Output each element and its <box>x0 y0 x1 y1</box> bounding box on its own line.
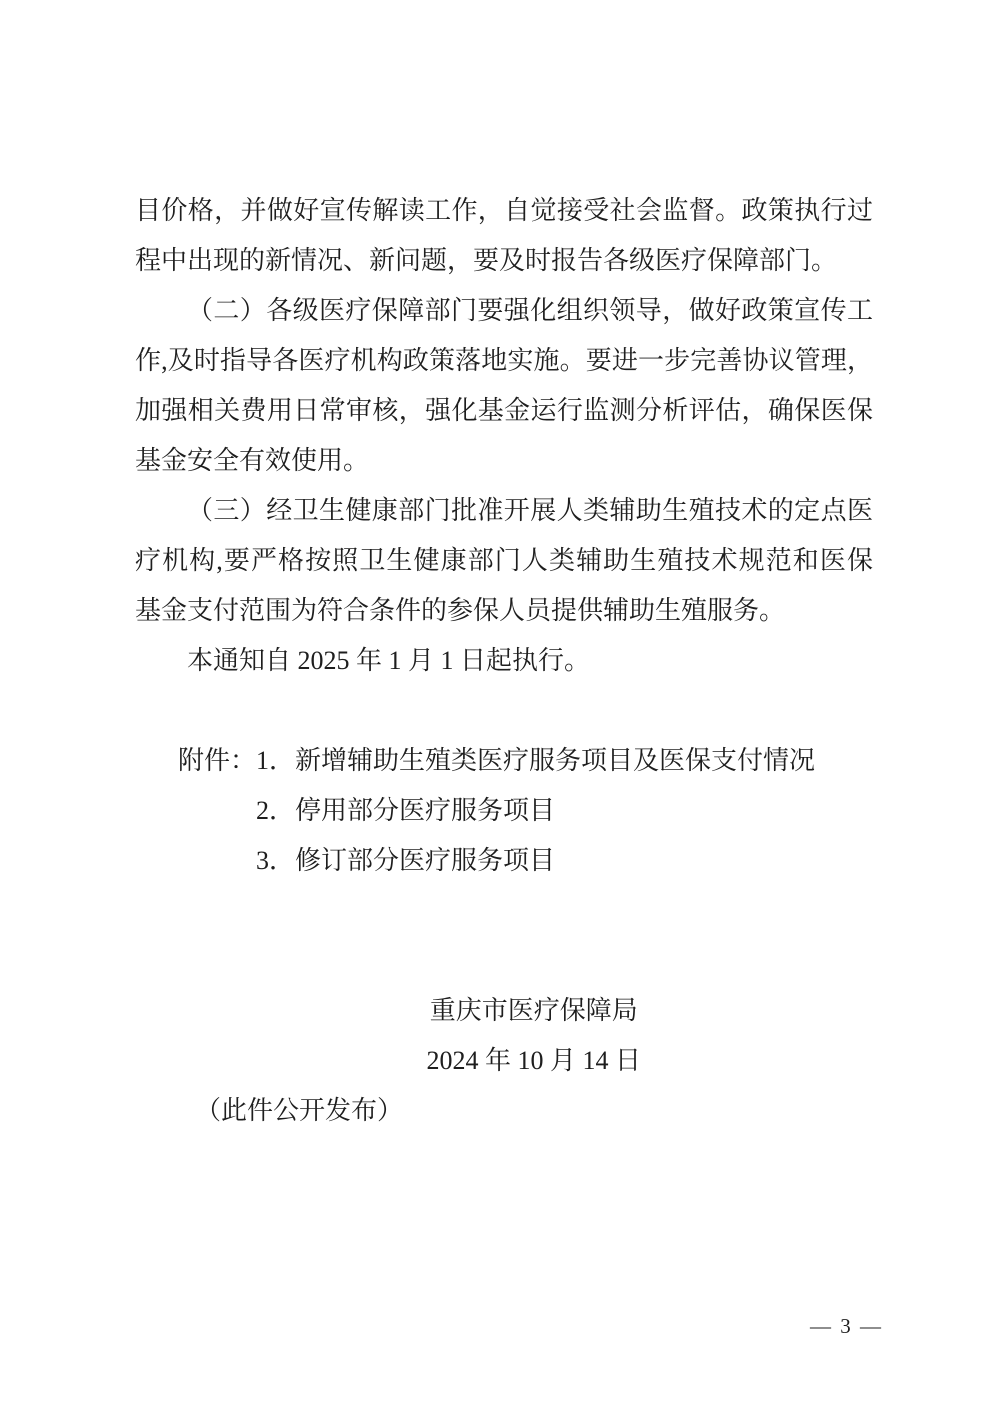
body-line: 基金安全有效使用。 <box>135 436 873 486</box>
body-line: （二）各级医疗保障部门要强化组织领导，做好政策宣传工 <box>135 286 873 336</box>
body-line: （三）经卫生健康部门批准开展人类辅助生殖技术的定点医 <box>135 486 873 536</box>
vertical-spacer <box>135 886 873 986</box>
public-release-note: （此件公开发布） <box>135 1086 873 1136</box>
body-line: 目价格，并做好宣传解读工作，自觉接受社会监督。政策执行过 <box>135 186 873 236</box>
signature-date: 2024 年 10 月 14 日 <box>426 1036 641 1086</box>
body-line: 作,及时指导各医疗机构政策落地实施。要进一步完善协议管理， <box>135 336 873 386</box>
attachments-label: 附件： <box>178 736 256 786</box>
body-line: 加强相关费用日常审核，强化基金运行监测分析评估，确保医保 <box>135 386 873 436</box>
body-line: 疗机构,要严格按照卫生健康部门人类辅助生殖技术规范和医保 <box>135 536 873 586</box>
vertical-spacer <box>135 686 873 736</box>
attachment-item: 3．修订部分医疗服务项目 <box>256 836 873 886</box>
document-page: 目价格，并做好宣传解读工作，自觉接受社会监督。政策执行过 程中出现的新情况、新问… <box>0 0 1000 1415</box>
body-line: 基金支付范围为符合条件的参保人员提供辅助生殖服务。 <box>135 586 873 636</box>
page-number: — 3 — <box>810 1313 883 1339</box>
signature-org: 重庆市医疗保障局 <box>426 986 641 1036</box>
signature-block: 重庆市医疗保障局 2024 年 10 月 14 日 <box>426 986 641 1086</box>
attachment-item: 1．新增辅助生殖类医疗服务项目及医保支付情况 <box>256 736 873 786</box>
attachment-item: 2．停用部分医疗服务项目 <box>256 786 873 836</box>
body-line: 程中出现的新情况、新问题，要及时报告各级医疗保障部门。 <box>135 236 873 286</box>
attachments-list: 1．新增辅助生殖类医疗服务项目及医保支付情况 2．停用部分医疗服务项目 3．修订… <box>256 736 873 886</box>
attachments-block: 附件： 1．新增辅助生殖类医疗服务项目及医保支付情况 2．停用部分医疗服务项目 … <box>135 736 873 886</box>
body-line: 本通知自 2025 年 1 月 1 日起执行。 <box>135 636 873 686</box>
